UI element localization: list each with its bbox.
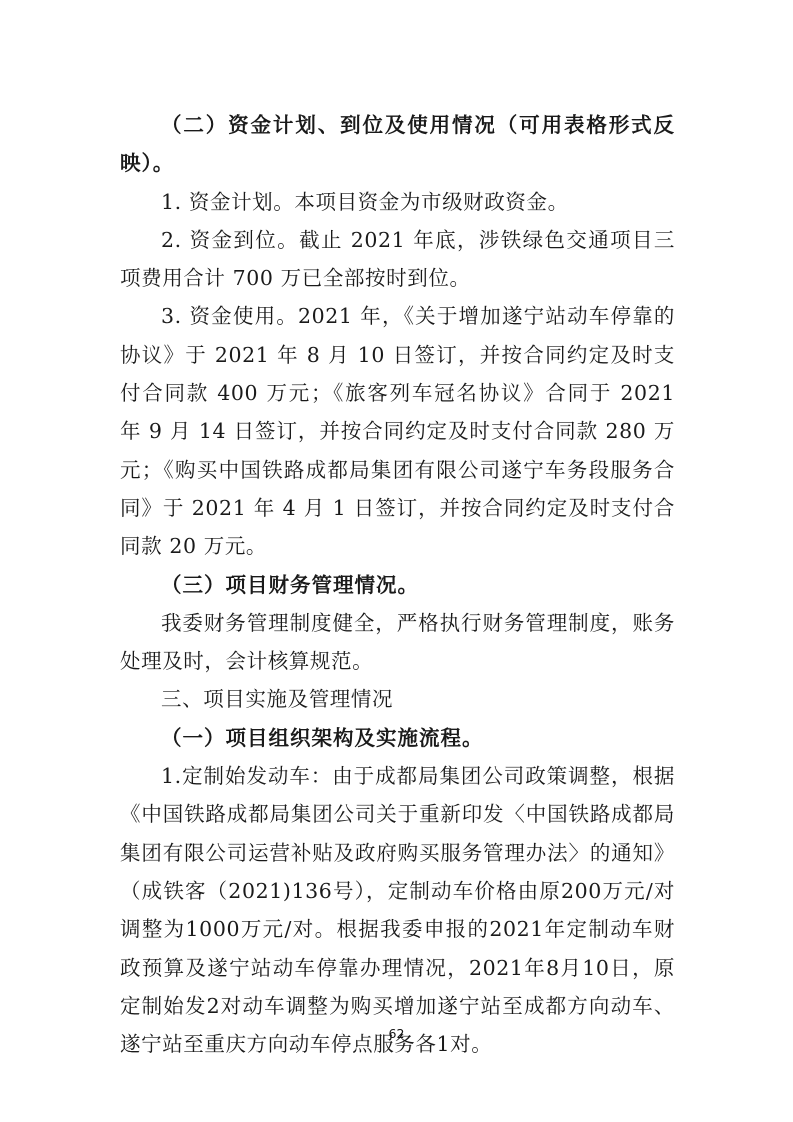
document-page: （二）资金计划、到位及使用情况（可用表格形式反映）。 1. 资金计划。本项目资金…	[0, 0, 793, 1122]
paragraph-funding-usage: 3. 资金使用。2021 年，《关于增加遂宁站动车停靠的协议》于 2021 年 …	[120, 297, 675, 565]
page-number: 62	[0, 1026, 793, 1041]
paragraph-custom-trains: 1.定制始发动车：由于成都局集团公司政策调整，根据《中国铁路成都局集团公司关于重…	[120, 757, 675, 1063]
heading-implementation: 三、项目实施及管理情况	[120, 680, 675, 718]
document-body: （二）资金计划、到位及使用情况（可用表格形式反映）。 1. 资金计划。本项目资金…	[120, 106, 675, 1063]
paragraph-financial-management: 我委财务管理制度健全，严格执行财务管理制度，账务处理及时，会计核算规范。	[120, 604, 675, 681]
paragraph-funding-plan: 1. 资金计划。本项目资金为市级财政资金。	[120, 183, 675, 221]
heading-funding-plan: （二）资金计划、到位及使用情况（可用表格形式反映）。	[120, 106, 675, 183]
heading-financial-management: （三）项目财务管理情况。	[120, 566, 675, 604]
heading-organization: （一）项目组织架构及实施流程。	[120, 719, 675, 757]
paragraph-funding-arrival: 2. 资金到位。截止 2021 年底，涉铁绿色交通项目三项费用合计 700 万已…	[120, 221, 675, 298]
